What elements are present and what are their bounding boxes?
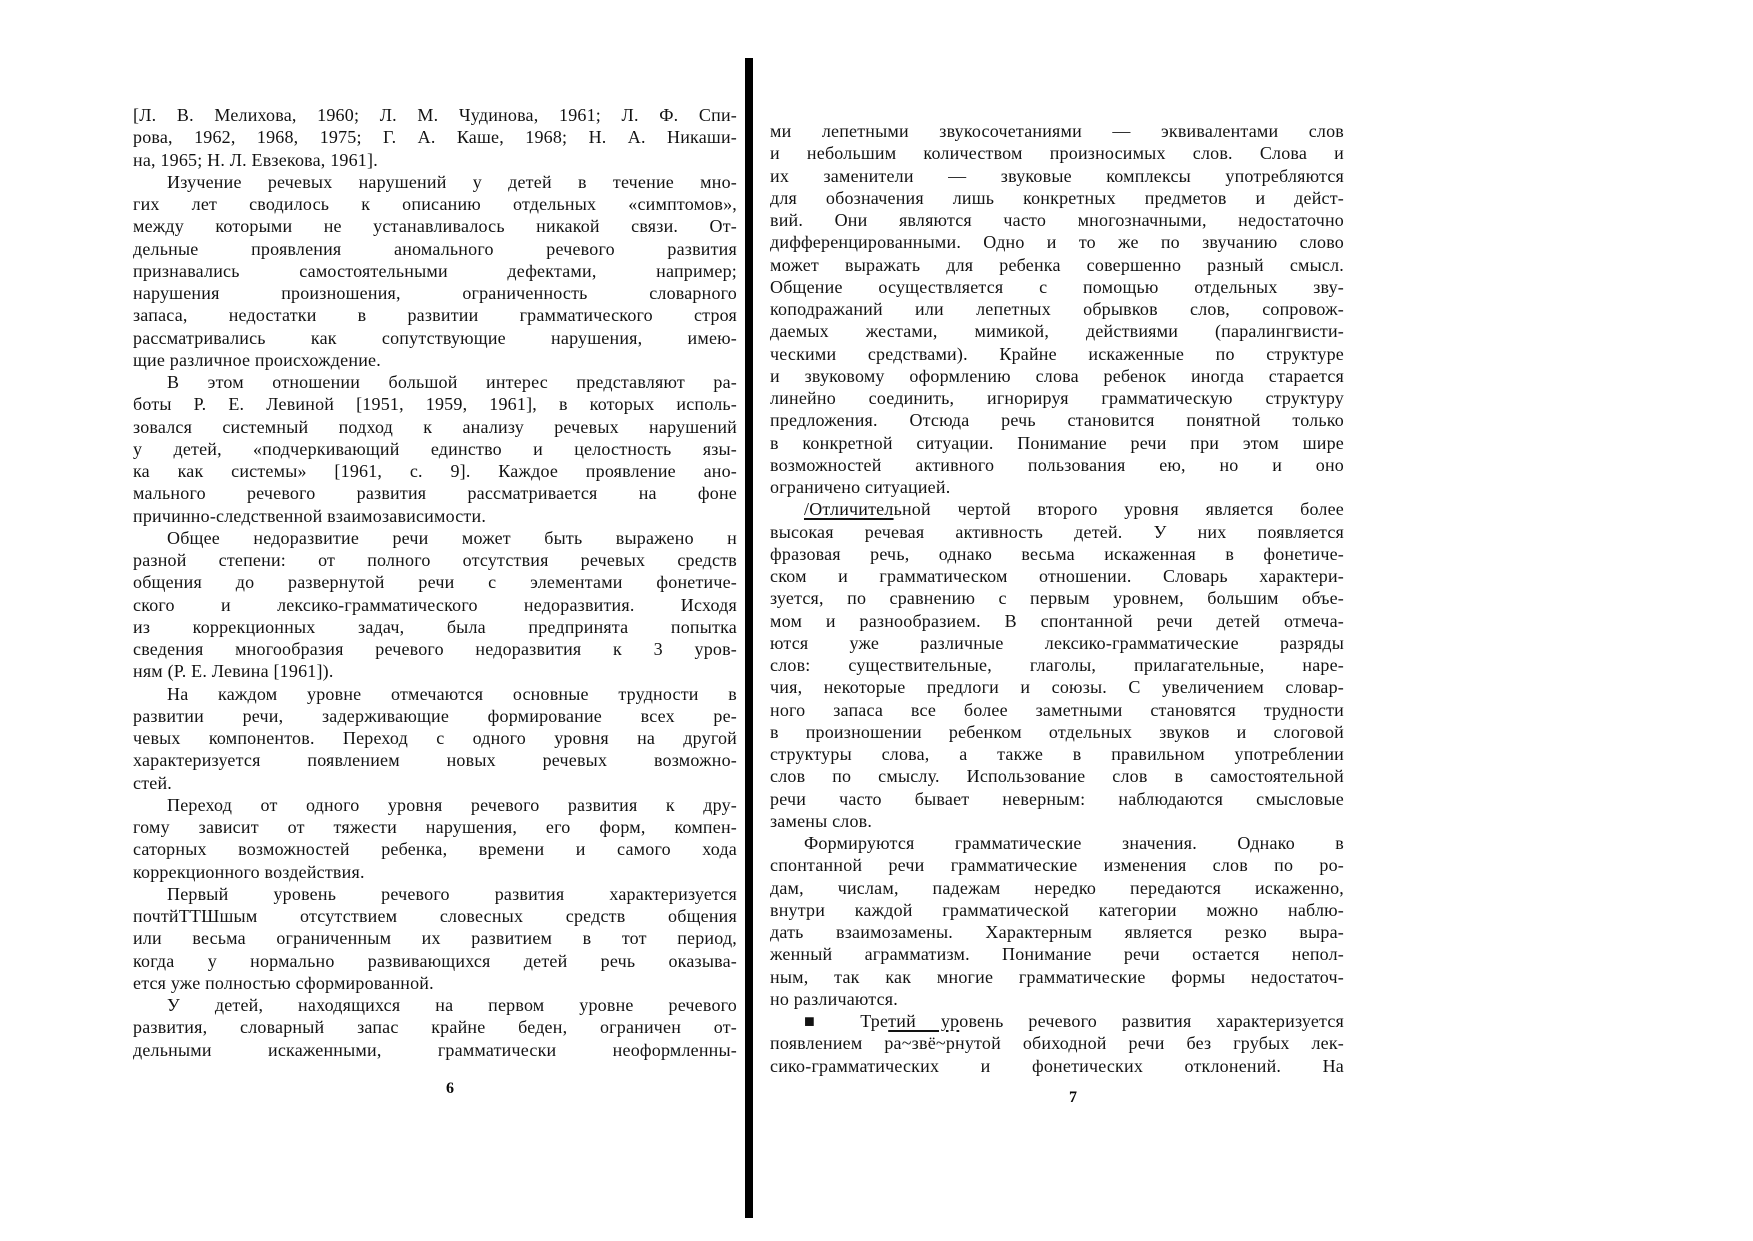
text-line: дам, числам, падежам нередко передаются …: [770, 877, 1344, 899]
text-line: женный аграмматизм. Понимание речи остае…: [770, 943, 1344, 965]
text-line: дельные проявления аномального речевого …: [133, 238, 737, 260]
text-line: ным, так как многие грамматические формы…: [770, 966, 1344, 988]
text-line: ■ Третий уровень речевого развития харак…: [770, 1010, 1344, 1032]
text-line: их заменители — звуковые комплексы употр…: [770, 165, 1344, 187]
text-line: общения до развернутой речи с элементами…: [133, 571, 737, 593]
text-line: даемых жестами, мимикой, действиями (пар…: [770, 320, 1344, 342]
text-line: ми лепетными звукосочетаниями — эквивале…: [770, 120, 1344, 142]
text-line: из коррекционных задач, была предпринята…: [133, 616, 737, 638]
text-line: и звуковому оформлению слова ребенок ино…: [770, 365, 1344, 387]
text-line: у детей, «подчеркивающий единство и цело…: [133, 438, 737, 460]
text-line: /Отличительной чертой второго уровня явл…: [770, 498, 1344, 520]
text-line: рассматривались как сопутствующие наруше…: [133, 327, 737, 349]
text-line: Общение осуществляется с помощью отдельн…: [770, 276, 1344, 298]
text-line: ском и грамматическом отношении. Словарь…: [770, 565, 1344, 587]
page-number-7: 7: [1069, 1089, 1077, 1107]
text-line: нарушения произношения, ограниченность с…: [133, 282, 737, 304]
text-line: замены слов.: [770, 810, 1344, 832]
text-line: ется уже полностью сформированной.: [133, 972, 737, 994]
text-line: В этом отношении большой интерес предста…: [133, 371, 737, 393]
text-line: чевых компонентов. Переход с одного уров…: [133, 727, 737, 749]
text-line: причинно-следственной взаимозависимости.: [133, 505, 737, 527]
text-line: речи часто бывает неверным: наблюдаются …: [770, 788, 1344, 810]
text-line: коподражаний или лепетных обрывков слов,…: [770, 298, 1344, 320]
text-line: когда у нормально развивающихся детей ре…: [133, 950, 737, 972]
hand-underline: тий ур: [888, 1011, 959, 1031]
text-line: дифференцированными. Одно и то же по зву…: [770, 231, 1344, 253]
text-line: зовался системный подход к анализу речев…: [133, 416, 737, 438]
text-line: Изучение речевых нарушений у детей в теч…: [133, 171, 737, 193]
text-line: ограничено ситуацией.: [770, 476, 1344, 498]
text-line: вий. Они являются часто многозначными, н…: [770, 209, 1344, 231]
text-line: щие различное происхождение.: [133, 349, 737, 371]
text-line: ням (Р. Е. Левина [1961]).: [133, 660, 737, 682]
text-line: почтйТТШшым отсутствием словесных средст…: [133, 905, 737, 927]
text-line: У детей, находящихся на первом уровне ре…: [133, 994, 737, 1016]
text-line: ческими средствами). Крайне искаженные п…: [770, 343, 1344, 365]
text-line: рова, 1962, 1968, 1975; Г. А. Каше, 1968…: [133, 126, 737, 148]
text-line: развитии речи, задерживающие формировани…: [133, 705, 737, 727]
text-line: и небольшим количеством произносимых сло…: [770, 142, 1344, 164]
text-line: мом и разнообразием. В спонтанной речи д…: [770, 610, 1344, 632]
page-number-6: 6: [446, 1080, 454, 1098]
text-line: сведения многообразия речевого недоразви…: [133, 638, 737, 660]
text-line: или весьма ограниченным их развитием в т…: [133, 927, 737, 949]
text-line: боты Р. Е. Левиной [1951, 1959, 1961], в…: [133, 393, 737, 415]
text-line: саторных возможностей ребенка, времени и…: [133, 838, 737, 860]
text-line: ются уже различные лексико-грамматически…: [770, 632, 1344, 654]
text-line: внутри каждой грамматической категории м…: [770, 899, 1344, 921]
text-line: Формируются грамматические значения. Одн…: [770, 832, 1344, 854]
text-line: спонтанной речи грамматические изменения…: [770, 854, 1344, 876]
text-line: слов: существительные, глаголы, прилагат…: [770, 654, 1344, 676]
text-line: структуры слова, а также в правильном уп…: [770, 743, 1344, 765]
text-line: запаса, недостатки в развитии грамматиче…: [133, 304, 737, 326]
text-line: фразовая речь, однако весьма искаженная …: [770, 543, 1344, 565]
text-line: сико-грамматических и фонетических откло…: [770, 1055, 1344, 1077]
text-line: но различаются.: [770, 988, 1344, 1010]
text-line: гих лет сводилось к описанию отдельных «…: [133, 193, 737, 215]
page-6-text-column: [Л. В. Мелихова, 1960; Л. М. Чудинова, 1…: [133, 104, 737, 1061]
text-line: чия, некоторые предлоги и союзы. С увели…: [770, 676, 1344, 698]
text-line: Первый уровень речевого развития характе…: [133, 883, 737, 905]
text-line: дельными искаженными, грамматически неоф…: [133, 1039, 737, 1061]
text-line: ного запаса все более заметными становят…: [770, 699, 1344, 721]
text-line: зуется, по сравнению с первым уровнем, б…: [770, 587, 1344, 609]
book-scan-spread: [Л. В. Мелихова, 1960; Л. М. Чудинова, 1…: [0, 0, 1753, 1241]
text-line: ского и лексико-грамматического недоразв…: [133, 594, 737, 616]
text-line: Переход от одного уровня речевого развит…: [133, 794, 737, 816]
text-line: разной степени: от полного отсутствия ре…: [133, 549, 737, 571]
text-line: мального речевого развития рассматривает…: [133, 482, 737, 504]
text-line: [Л. В. Мелихова, 1960; Л. М. Чудинова, 1…: [133, 104, 737, 126]
text-line: в произношении ребенком отдельных звуков…: [770, 721, 1344, 743]
text-line: коррекционного воздействия.: [133, 861, 737, 883]
text-line: Общее недоразвитие речи может быть выраж…: [133, 527, 737, 549]
text-line: характеризуется появлением новых речевых…: [133, 749, 737, 771]
text-line: предложения. Отсюда речь становится поня…: [770, 409, 1344, 431]
text-line: в конкретной ситуации. Понимание речи пр…: [770, 432, 1344, 454]
text-line: высокая речевая активность детей. У них …: [770, 521, 1344, 543]
text-line: гому зависит от тяжести нарушения, его ф…: [133, 816, 737, 838]
text-line: стей.: [133, 772, 737, 794]
text-line: признавались самостоятельными дефектами,…: [133, 260, 737, 282]
text-line: На каждом уровне отмечаются основные тру…: [133, 683, 737, 705]
text-line: дать взаимозамены. Характерным является …: [770, 921, 1344, 943]
hand-underline: /Отличител: [804, 499, 894, 519]
text-line: появлением ра~звё~рнутой обиходной речи …: [770, 1032, 1344, 1054]
text-line: линейно соединить, игнорируя грамматичес…: [770, 387, 1344, 409]
text-line: может выражать для ребенка совершенно ра…: [770, 254, 1344, 276]
text-line: на, 1965; Н. Л. Евзекова, 1961].: [133, 149, 737, 171]
text-line: ка как системы» [1961, с. 9]. Каждое про…: [133, 460, 737, 482]
text-line: развития, словарный запас крайне беден, …: [133, 1016, 737, 1038]
text-line: для обозначения лишь конкретных предмето…: [770, 187, 1344, 209]
text-line: возможностей активного пользования ею, н…: [770, 454, 1344, 476]
text-line: слов по смыслу. Использование слов в сам…: [770, 765, 1344, 787]
page-7-text-column: ми лепетными звукосочетаниями — эквивале…: [770, 120, 1344, 1077]
text-line: между которыми не устанавливалось никако…: [133, 215, 737, 237]
spread-divider: [745, 58, 753, 1218]
